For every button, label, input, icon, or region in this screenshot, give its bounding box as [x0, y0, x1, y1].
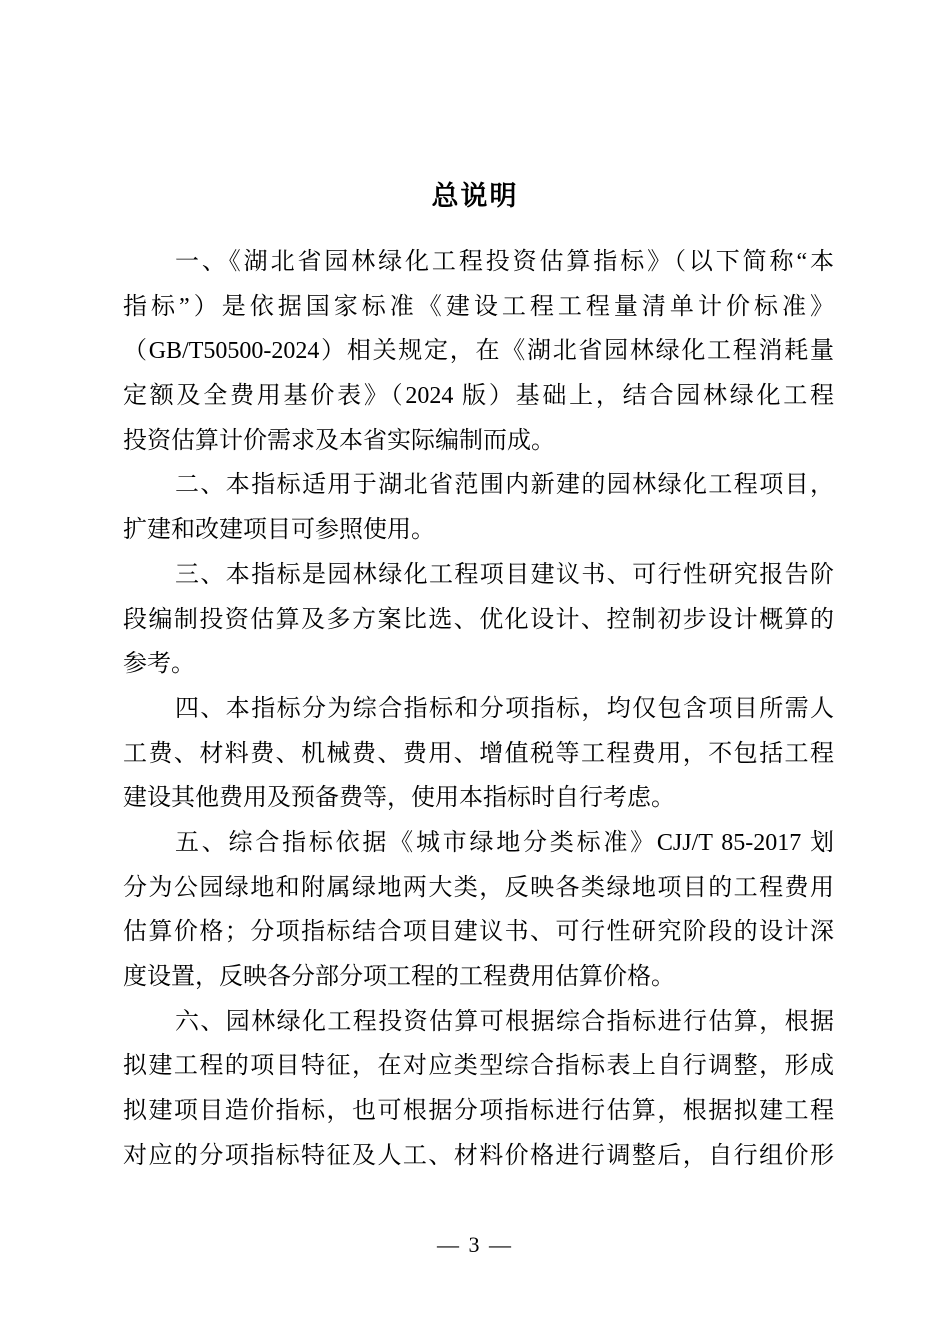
text-line: 段编制投资估算及多方案比选、优化设计、控制初步设计概算的 [123, 598, 834, 643]
text-line: 拟建项目造价指标，也可根据分项指标进行估算，根据拟建工程 [123, 1089, 834, 1134]
text-line: 一、《湖北省园林绿化工程投资估算指标》（以下简称“本 [123, 240, 834, 285]
paragraph: 三、本指标是园林绿化工程项目建议书、可行性研究报告阶段编制投资估算及多方案比选、… [123, 553, 834, 687]
text-line: 建设其他费用及预备费等，使用本指标时自行考虑。 [123, 776, 834, 821]
text-line: 四、本指标分为综合指标和分项指标，均仅包含项目所需人 [123, 687, 834, 732]
paragraph: 一、《湖北省园林绿化工程投资估算指标》（以下简称“本指标”）是依据国家标准《建设… [123, 240, 834, 463]
text-line: 拟建工程的项目特征，在对应类型综合指标表上自行调整，形成 [123, 1044, 834, 1089]
text-line: 扩建和改建项目可参照使用。 [123, 508, 834, 553]
text-line: 定额及全费用基价表》（2024 版）基础上，结合园林绿化工程 [123, 374, 834, 419]
page-title: 总说明 [0, 176, 950, 216]
text-line: 估算价格；分项指标结合项目建议书、可行性研究阶段的设计深 [123, 910, 834, 955]
text-line: 指标”）是依据国家标准《建设工程工程量清单计价标准》 [123, 285, 834, 330]
paragraph: 二、本指标适用于湖北省范围内新建的园林绿化工程项目，扩建和改建项目可参照使用。 [123, 463, 834, 552]
text-line: 二、本指标适用于湖北省范围内新建的园林绿化工程项目， [123, 463, 834, 508]
paragraph: 六、园林绿化工程投资估算可根据综合指标进行估算，根据拟建工程的项目特征，在对应类… [123, 1000, 834, 1179]
text-line: 参考。 [123, 642, 834, 687]
text-line: 三、本指标是园林绿化工程项目建议书、可行性研究报告阶 [123, 553, 834, 598]
document-body: 一、《湖北省园林绿化工程投资估算指标》（以下简称“本指标”）是依据国家标准《建设… [123, 240, 834, 1178]
text-line: 度设置，反映各分部分项工程的工程费用估算价格。 [123, 955, 834, 1000]
page-number: — 3 — [0, 1229, 950, 1261]
text-line: 分为公园绿地和附属绿地两大类，反映各类绿地项目的工程费用 [123, 866, 834, 911]
text-line: 投资估算计价需求及本省实际编制而成。 [123, 419, 834, 464]
document-page: 总说明 一、《湖北省园林绿化工程投资估算指标》（以下简称“本指标”）是依据国家标… [0, 0, 950, 1344]
text-line: 六、园林绿化工程投资估算可根据综合指标进行估算，根据 [123, 1000, 834, 1045]
paragraph: 五、综合指标依据《城市绿地分类标准》CJJ/T 85-2017 划分为公园绿地和… [123, 821, 834, 1000]
text-line: （GB/T50500-2024）相关规定，在《湖北省园林绿化工程消耗量 [123, 329, 834, 374]
text-line: 工费、材料费、机械费、费用、增值税等工程费用，不包括工程 [123, 732, 834, 777]
text-line: 五、综合指标依据《城市绿地分类标准》CJJ/T 85-2017 划 [123, 821, 834, 866]
paragraph: 四、本指标分为综合指标和分项指标，均仅包含项目所需人工费、材料费、机械费、费用、… [123, 687, 834, 821]
text-line: 对应的分项指标特征及人工、材料价格进行调整后，自行组价形 [123, 1134, 834, 1179]
